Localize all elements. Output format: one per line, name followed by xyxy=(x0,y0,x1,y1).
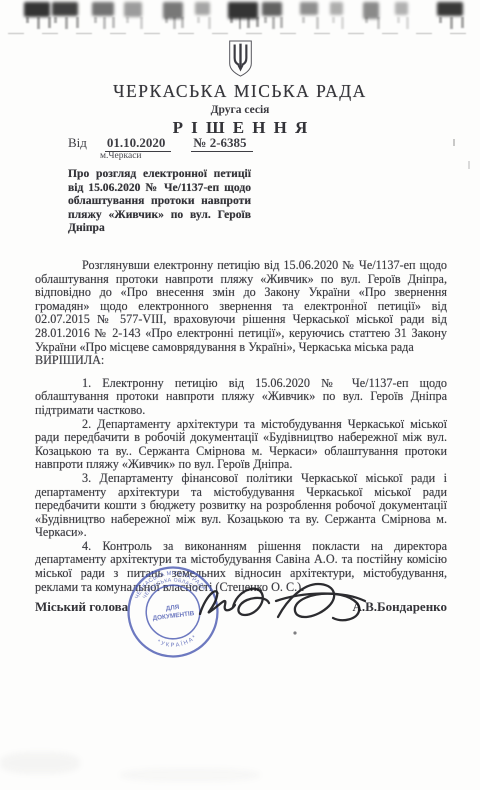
scan-drip xyxy=(230,17,233,23)
scan-speck xyxy=(453,139,455,146)
scan-drip xyxy=(247,17,250,28)
decision-item-3: 3. Департаменту фінансової політики Черк… xyxy=(35,472,447,540)
scan-drip xyxy=(94,17,97,23)
ref-prefix: Від xyxy=(68,135,87,150)
scan-speck xyxy=(351,299,354,303)
scan-drip xyxy=(26,17,29,23)
scan-drip xyxy=(256,17,259,27)
scan-drip xyxy=(208,17,211,29)
scan-blob xyxy=(52,2,78,16)
session-label: Друга сесія xyxy=(0,104,480,116)
scan-drip xyxy=(37,17,40,29)
scan-smudge xyxy=(120,768,260,782)
scan-drip xyxy=(280,17,283,28)
scan-drip xyxy=(377,17,380,29)
scan-blob xyxy=(195,2,210,15)
scan-drip xyxy=(450,17,453,29)
scan-drip xyxy=(264,17,267,23)
scan-speck xyxy=(468,161,470,169)
subject-block: Про розгляд електронної петиції від 15.0… xyxy=(68,167,251,235)
scan-blob xyxy=(395,2,408,15)
decision-item-2: 2. Департаменту архітектури та містобуду… xyxy=(35,418,447,472)
scan-drip xyxy=(461,17,464,28)
scan-drip xyxy=(332,17,335,23)
scan-drip xyxy=(65,17,68,29)
ref-number: № 2-6385 xyxy=(191,135,252,152)
preamble-paragraph: Розглянувши електронну петицію від 15.06… xyxy=(35,259,447,354)
scan-blob xyxy=(24,2,50,17)
scan-drip xyxy=(181,17,184,28)
scan-drip xyxy=(112,17,115,28)
stamp-center-line2: ДОКУМЕНТІВ xyxy=(152,610,195,622)
ukraine-trident-emblem-icon xyxy=(227,40,254,77)
scan-blob xyxy=(92,2,114,16)
scan-blob xyxy=(228,2,258,19)
scan-drip xyxy=(365,17,368,23)
document-header: ЧЕРКАСЬКА МІСЬКА РАДА Друга сесія РІШЕНН… xyxy=(0,40,480,138)
scan-drip xyxy=(48,17,51,28)
decision-item-1: 1. Електронну петицію від 15.06.2020 № Ч… xyxy=(35,377,447,418)
scan-blob xyxy=(262,2,282,16)
scan-drip xyxy=(439,17,442,23)
scan-drip xyxy=(54,17,57,23)
scan-blob xyxy=(437,2,463,16)
scan-drip xyxy=(239,17,242,29)
scan-drip xyxy=(397,17,400,23)
reference-line: Від01.10.2020№ 2-6385 xyxy=(68,135,253,151)
scan-drip xyxy=(140,17,143,29)
org-name: ЧЕРКАСЬКА МІСЬКА РАДА xyxy=(0,81,480,102)
scan-dash-line xyxy=(8,33,470,34)
scanned-document-page: ЧЕРКАСЬКА МІСЬКА РАДА Друга сесія РІШЕНН… xyxy=(0,0,480,790)
scan-drip xyxy=(126,17,129,23)
scan-drip xyxy=(197,17,200,23)
scan-drip xyxy=(272,17,275,29)
scan-blob xyxy=(330,2,343,15)
ref-date: 01.10.2020 xyxy=(105,135,172,152)
scan-smudge xyxy=(0,752,80,774)
signer-title: Міський голова xyxy=(35,599,128,615)
scan-blob xyxy=(300,2,318,15)
scan-drip xyxy=(173,17,176,29)
scan-drip xyxy=(76,17,79,28)
scan-blob xyxy=(124,2,142,17)
scan-drip xyxy=(165,17,168,23)
scan-drip xyxy=(341,17,344,29)
scan-drip xyxy=(406,17,409,29)
handwritten-signature xyxy=(192,570,372,648)
resolved-label: ВИРІШИЛА: xyxy=(35,354,447,368)
scan-drip xyxy=(302,17,305,23)
document-body: Розглянувши електронну петицію від 15.06… xyxy=(35,259,447,594)
scan-drip xyxy=(103,17,106,29)
scan-drip xyxy=(316,17,319,29)
ref-city: м.Черкаси xyxy=(100,151,142,161)
